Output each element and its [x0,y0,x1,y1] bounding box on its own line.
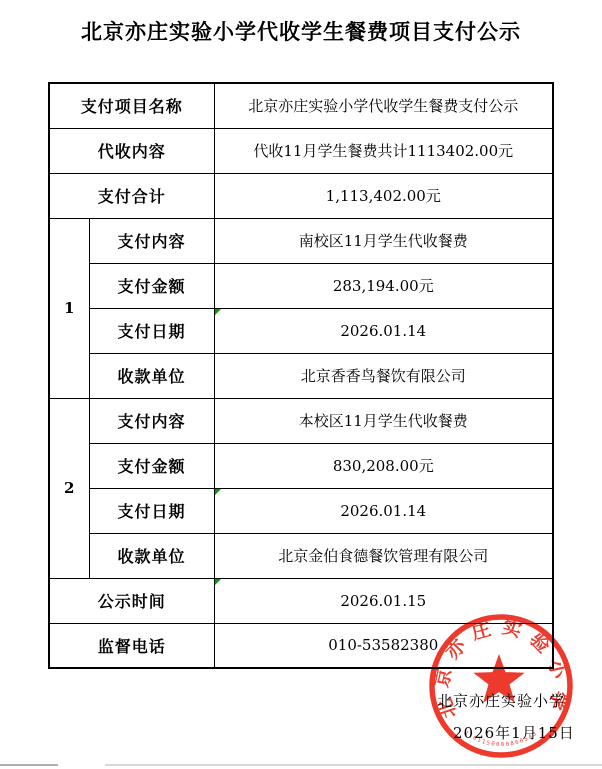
table-row: 代收内容 代收11月学生餐费共计1113402.00元 [49,128,553,173]
group-index: 2 [49,398,89,578]
table-row: 收款单位 北京金伯食德餐饮管理有限公司 [49,533,553,578]
row-label: 代收内容 [49,128,214,173]
cell-note-marker-icon [215,309,222,316]
row-value: 北京香香鸟餐饮有限公司 [214,353,553,398]
table-row: 监督电话 010-53582380 [49,623,553,668]
row-label: 支付内容 [89,398,214,443]
row-label: 支付金额 [89,263,214,308]
row-label: 支付日期 [89,488,214,533]
table-row: 支付金额 830,208.00元 [49,443,553,488]
row-label: 收款单位 [89,353,214,398]
table-row: 支付日期 2026.01.14 [49,308,553,353]
table-row: 支付合计 1,113,402.00元 [49,173,553,218]
page-break-line-right [105,764,602,766]
group-index: 1 [49,218,89,398]
document-title: 北京亦庄实验小学代收学生餐费项目支付公示 [0,16,602,46]
row-value: 2026.01.14 [214,308,553,353]
row-label: 支付合计 [49,173,214,218]
table-row: 支付金额 283,194.00元 [49,263,553,308]
row-value: 283,194.00元 [214,263,553,308]
page-break-line-left [0,764,58,766]
row-value: 010-53582380 [214,623,553,668]
signature-org: 北京亦庄实验小学 [437,690,565,711]
row-label: 支付日期 [89,308,214,353]
table-row: 1 支付内容 南校区11月学生代收餐费 [49,218,553,263]
row-label: 公示时间 [49,578,214,623]
row-value: 代收11月学生餐费共计1113402.00元 [214,128,553,173]
table-row: 收款单位 北京香香鸟餐饮有限公司 [49,353,553,398]
document-page: 北京亦庄实验小学代收学生餐费项目支付公示 支付项目名称 北京亦庄实验小学代收学生… [0,0,602,769]
row-label: 支付金额 [89,443,214,488]
row-value: 1,113,402.00元 [214,173,553,218]
cell-note-marker-icon [215,489,222,496]
row-value: 北京金伯食德餐饮管理有限公司 [214,533,553,578]
row-label: 监督电话 [49,623,214,668]
table-row: 2 支付内容 本校区11月学生代收餐费 [49,398,553,443]
row-value: 北京亦庄实验小学代收学生餐费支付公示 [214,83,553,128]
cell-note-marker-icon [215,579,222,586]
table-row: 公示时间 2026.01.15 [49,578,553,623]
payment-notice-table: 支付项目名称 北京亦庄实验小学代收学生餐费支付公示 代收内容 代收11月学生餐费… [48,82,554,669]
row-value: 830,208.00元 [214,443,553,488]
row-label: 支付内容 [89,218,214,263]
row-value: 南校区11月学生代收餐费 [214,218,553,263]
row-label: 收款单位 [89,533,214,578]
row-value: 2026.01.15 [214,578,553,623]
row-value: 2026.01.14 [214,488,553,533]
table-row: 支付日期 2026.01.14 [49,488,553,533]
row-label: 支付项目名称 [49,83,214,128]
signature-date: 2026年1月15日 [453,722,575,743]
row-value: 本校区11月学生代收餐费 [214,398,553,443]
table-row: 支付项目名称 北京亦庄实验小学代收学生餐费支付公示 [49,83,553,128]
